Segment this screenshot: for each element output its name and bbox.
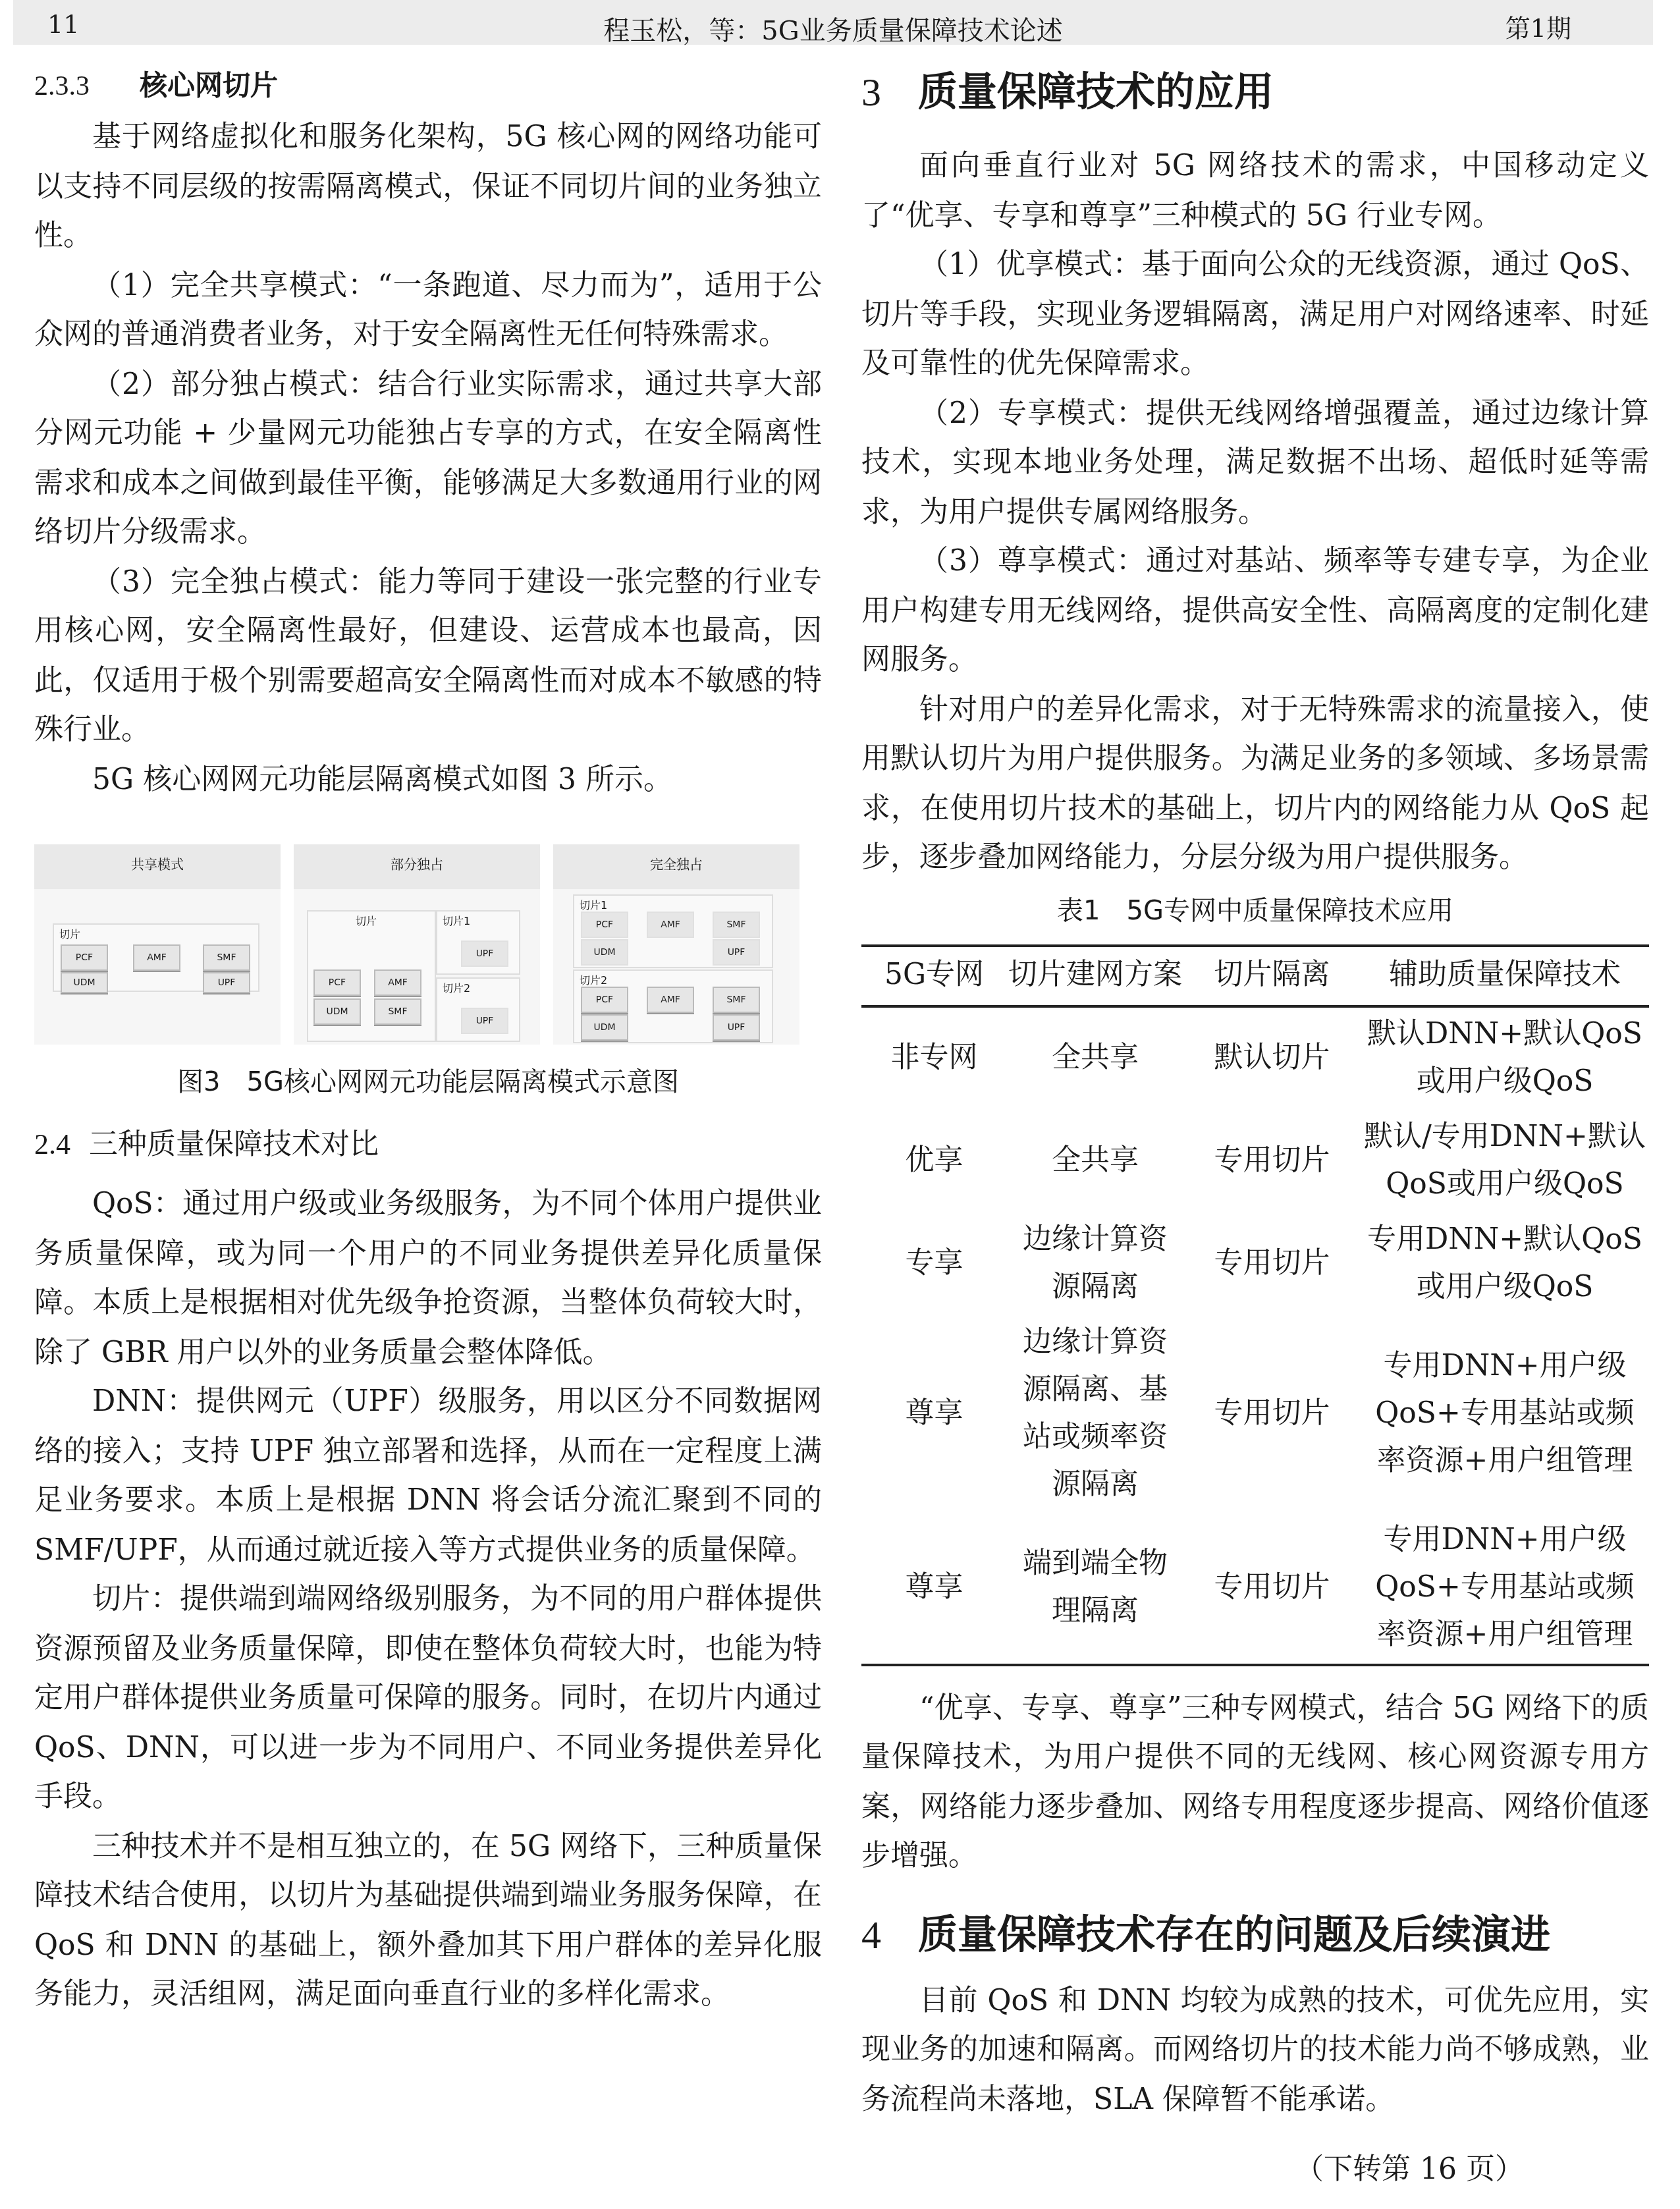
table-cell: 专用切片 [1183, 1315, 1361, 1513]
nf-udm: UDM [313, 998, 361, 1025]
table-cell: 默认切片 [1183, 1006, 1361, 1110]
paragraph: 针对用户的差异化需求，对于无特殊需求的流量接入，使用默认切片为用户提供服务。为满… [861, 686, 1649, 883]
slice2-box: 切片2 PCF AMF SMF UDM UPF [573, 969, 773, 1043]
panel-title: 完全独占 [553, 844, 799, 889]
panel-partial-exclusive: 部分独占 切片 PCF AMF UDM SMF 切片1 UPF 切片2 UPF [294, 844, 540, 1045]
nf-pcf: PCF [581, 912, 628, 938]
column-header: 切片建网方案 [1007, 945, 1183, 1006]
nf-amf: AMF [133, 944, 180, 971]
paragraph: 基于网络虚拟化和服务化架构，5G 核心网的网络功能可以支持不同层级的按需隔离模式… [34, 113, 822, 261]
nf-amf: AMF [647, 987, 694, 1013]
table-cell: 边缘计算资源隔离 [1007, 1213, 1183, 1315]
journal-page: 11 程玉松，等：5G业务质量保障技术论述 第1期 2.3.3核心网切片 基于网… [0, 0, 1679, 2209]
table-cell: 默认/专用DNN+默认QoS或用户级QoS [1361, 1110, 1649, 1213]
nf-smf: SMF [374, 998, 421, 1025]
table-cell: 专用DNN+用户级QoS+专用基站或频率资源+用户组管理 [1361, 1513, 1649, 1664]
table-1: 5G专网 切片建网方案 切片隔离 辅助质量保障技术 非专网 全共享 默认切片 默… [861, 944, 1649, 1666]
nf-pcf: PCF [313, 969, 361, 996]
table-cell: 端到端全物理隔离 [1007, 1513, 1183, 1664]
slice-box: 切片 PCF AMF SMF UDM UPF [53, 923, 259, 992]
table-cell: 尊享 [861, 1315, 1007, 1513]
nf-udm: UDM [581, 939, 628, 966]
continued-note: （下转第 16 页） [1295, 2147, 1524, 2188]
paragraph: 三种技术并不是相互独立的，在 5G 网络下，三种质量保障技术结合使用，以切片为基… [34, 1822, 822, 2020]
nf-upf: UPF [713, 939, 760, 966]
paragraph: 5G 核心网网元功能层隔离模式如图 3 所示。 [34, 755, 822, 805]
nf-pcf: PCF [61, 944, 108, 971]
section-heading-3: 3质量保障技术的应用 [861, 63, 1649, 124]
figure-3: 共享模式 切片 PCF AMF SMF UDM UPF 部分独占 切片 PCF … [34, 844, 822, 1045]
nf-amf: AMF [647, 912, 694, 938]
table-cell: 默认DNN+默认QoS或用户级QoS [1361, 1006, 1649, 1110]
table-cell: 边缘计算资源隔离、基站或频率资源隔离 [1007, 1315, 1183, 1513]
slice1-box: 切片1 UPF [436, 910, 520, 975]
nf-pcf: PCF [581, 987, 628, 1013]
running-title: 程玉松，等：5G业务质量保障技术论述 [13, 9, 1653, 47]
table-row: 尊享 边缘计算资源隔离、基站或频率资源隔离 专用切片 专用DNN+用户级QoS+… [861, 1315, 1649, 1513]
left-column: 2.3.3核心网切片 基于网络虚拟化和服务化架构，5G 核心网的网络功能可以支持… [34, 63, 822, 2020]
table-row: 非专网 全共享 默认切片 默认DNN+默认QoS或用户级QoS [861, 1006, 1649, 1110]
panel-title: 部分独占 [294, 844, 540, 889]
nf-upf: UPF [461, 1008, 508, 1034]
nf-udm: UDM [61, 972, 108, 993]
paragraph: （1）优享模式：基于面向公众的无线资源，通过 QoS、切片等手段，实现业务逻辑隔… [861, 241, 1649, 389]
panel-shared-mode: 共享模式 切片 PCF AMF SMF UDM UPF [34, 844, 281, 1045]
paragraph: 目前 QoS 和 DNN 均较为成熟的技术，可优先应用，实现业务的加速和隔离。而… [861, 1977, 1649, 2125]
nf-udm: UDM [581, 1014, 628, 1041]
nf-smf: SMF [203, 944, 250, 971]
nf-upf: UPF [461, 941, 508, 967]
table-cell: 专用DNN+默认QoS或用户级QoS [1361, 1213, 1649, 1315]
table-row: 优享 全共享 专用切片 默认/专用DNN+默认QoS或用户级QoS [861, 1110, 1649, 1213]
paragraph: 面向垂直行业对 5G 网络技术的需求，中国移动定义了“优享、专享和尊享”三种模式… [861, 142, 1649, 241]
paragraph: （2）部分独占模式：结合行业实际需求，通过共享大部分网元功能 + 少量网元功能独… [34, 360, 822, 558]
table-cell: 尊享 [861, 1513, 1007, 1664]
column-header: 5G专网 [861, 945, 1007, 1006]
nf-smf: SMF [713, 987, 760, 1013]
table-cell: 专用DNN+用户级QoS+专用基站或频率资源+用户组管理 [1361, 1315, 1649, 1513]
nf-amf: AMF [374, 969, 421, 996]
paragraph: （1）完全共享模式：“一条跑道、尽力而为”，适用于公众网的普通消费者业务，对于安… [34, 261, 822, 360]
slice2-box: 切片2 UPF [436, 977, 520, 1042]
paragraph: DNN：提供网元（UPF）级服务，用以区分不同数据网络的接入；支持 UPF 独立… [34, 1378, 822, 1575]
table-row: 尊享 端到端全物理隔离 专用切片 专用DNN+用户级QoS+专用基站或频率资源+… [861, 1513, 1649, 1664]
table-caption: 表1 5G专网中质量保障技术应用 [861, 886, 1649, 933]
column-header: 切片隔离 [1183, 945, 1361, 1006]
right-column: 3质量保障技术的应用 面向垂直行业对 5G 网络技术的需求，中国移动定义了“优享… [861, 63, 1649, 2125]
table-cell: 专享 [861, 1213, 1007, 1315]
section-heading-2-3-3: 2.3.3核心网切片 [34, 63, 822, 108]
shared-slice-box: 切片 PCF AMF UDM SMF [307, 910, 436, 1042]
slice1-box: 切片1 PCF AMF SMF UDM UPF [573, 894, 773, 968]
table-row: 专享 边缘计算资源隔离 专用切片 专用DNN+默认QoS或用户级QoS [861, 1213, 1649, 1315]
paragraph: （3）尊享模式：通过对基站、频率等专建专享，为企业用户构建专用无线网络，提供高安… [861, 537, 1649, 686]
nf-upf: UPF [203, 972, 250, 993]
issue-label: 第1期 [1505, 9, 1571, 45]
running-header: 11 程玉松，等：5G业务质量保障技术论述 第1期 [13, 0, 1653, 45]
table-cell: 专用切片 [1183, 1513, 1361, 1664]
table-cell: 专用切片 [1183, 1213, 1361, 1315]
paragraph: QoS：通过用户级或业务级服务，为不同个体用户提供业务质量保障，或为同一个用户的… [34, 1180, 822, 1378]
column-header: 辅助质量保障技术 [1361, 945, 1649, 1006]
nf-upf: UPF [713, 1014, 760, 1041]
panel-full-exclusive: 完全独占 切片1 PCF AMF SMF UDM UPF 切片2 PCF AMF… [553, 844, 799, 1045]
section-heading-2-4: 2.4三种质量保障技术对比 [34, 1118, 822, 1172]
paragraph: “优享、专享、尊享”三种专网模式，结合 5G 网络下的质量保障技术，为用户提供不… [861, 1684, 1649, 1882]
table-cell: 专用切片 [1183, 1110, 1361, 1213]
paragraph: （2）专享模式：提供无线网络增强覆盖，通过边缘计算技术，实现本地业务处理，满足数… [861, 389, 1649, 537]
table-cell: 优享 [861, 1110, 1007, 1213]
figure-caption: 图3 5G核心网网元功能层隔离模式示意图 [34, 1058, 822, 1105]
paragraph: 切片：提供端到端网络级别服务，为不同的用户群体提供资源预留及业务质量保障，即使在… [34, 1575, 822, 1822]
paragraph: （3）完全独占模式：能力等同于建设一张完整的行业专用核心网，安全隔离性最好，但建… [34, 558, 822, 755]
panel-title: 共享模式 [34, 844, 281, 889]
table-cell: 全共享 [1007, 1006, 1183, 1110]
nf-smf: SMF [713, 912, 760, 938]
table-cell: 非专网 [861, 1006, 1007, 1110]
table-header-row: 5G专网 切片建网方案 切片隔离 辅助质量保障技术 [861, 945, 1649, 1006]
table-cell: 全共享 [1007, 1110, 1183, 1213]
section-heading-4: 4质量保障技术存在的问题及后续演进 [861, 1905, 1649, 1966]
